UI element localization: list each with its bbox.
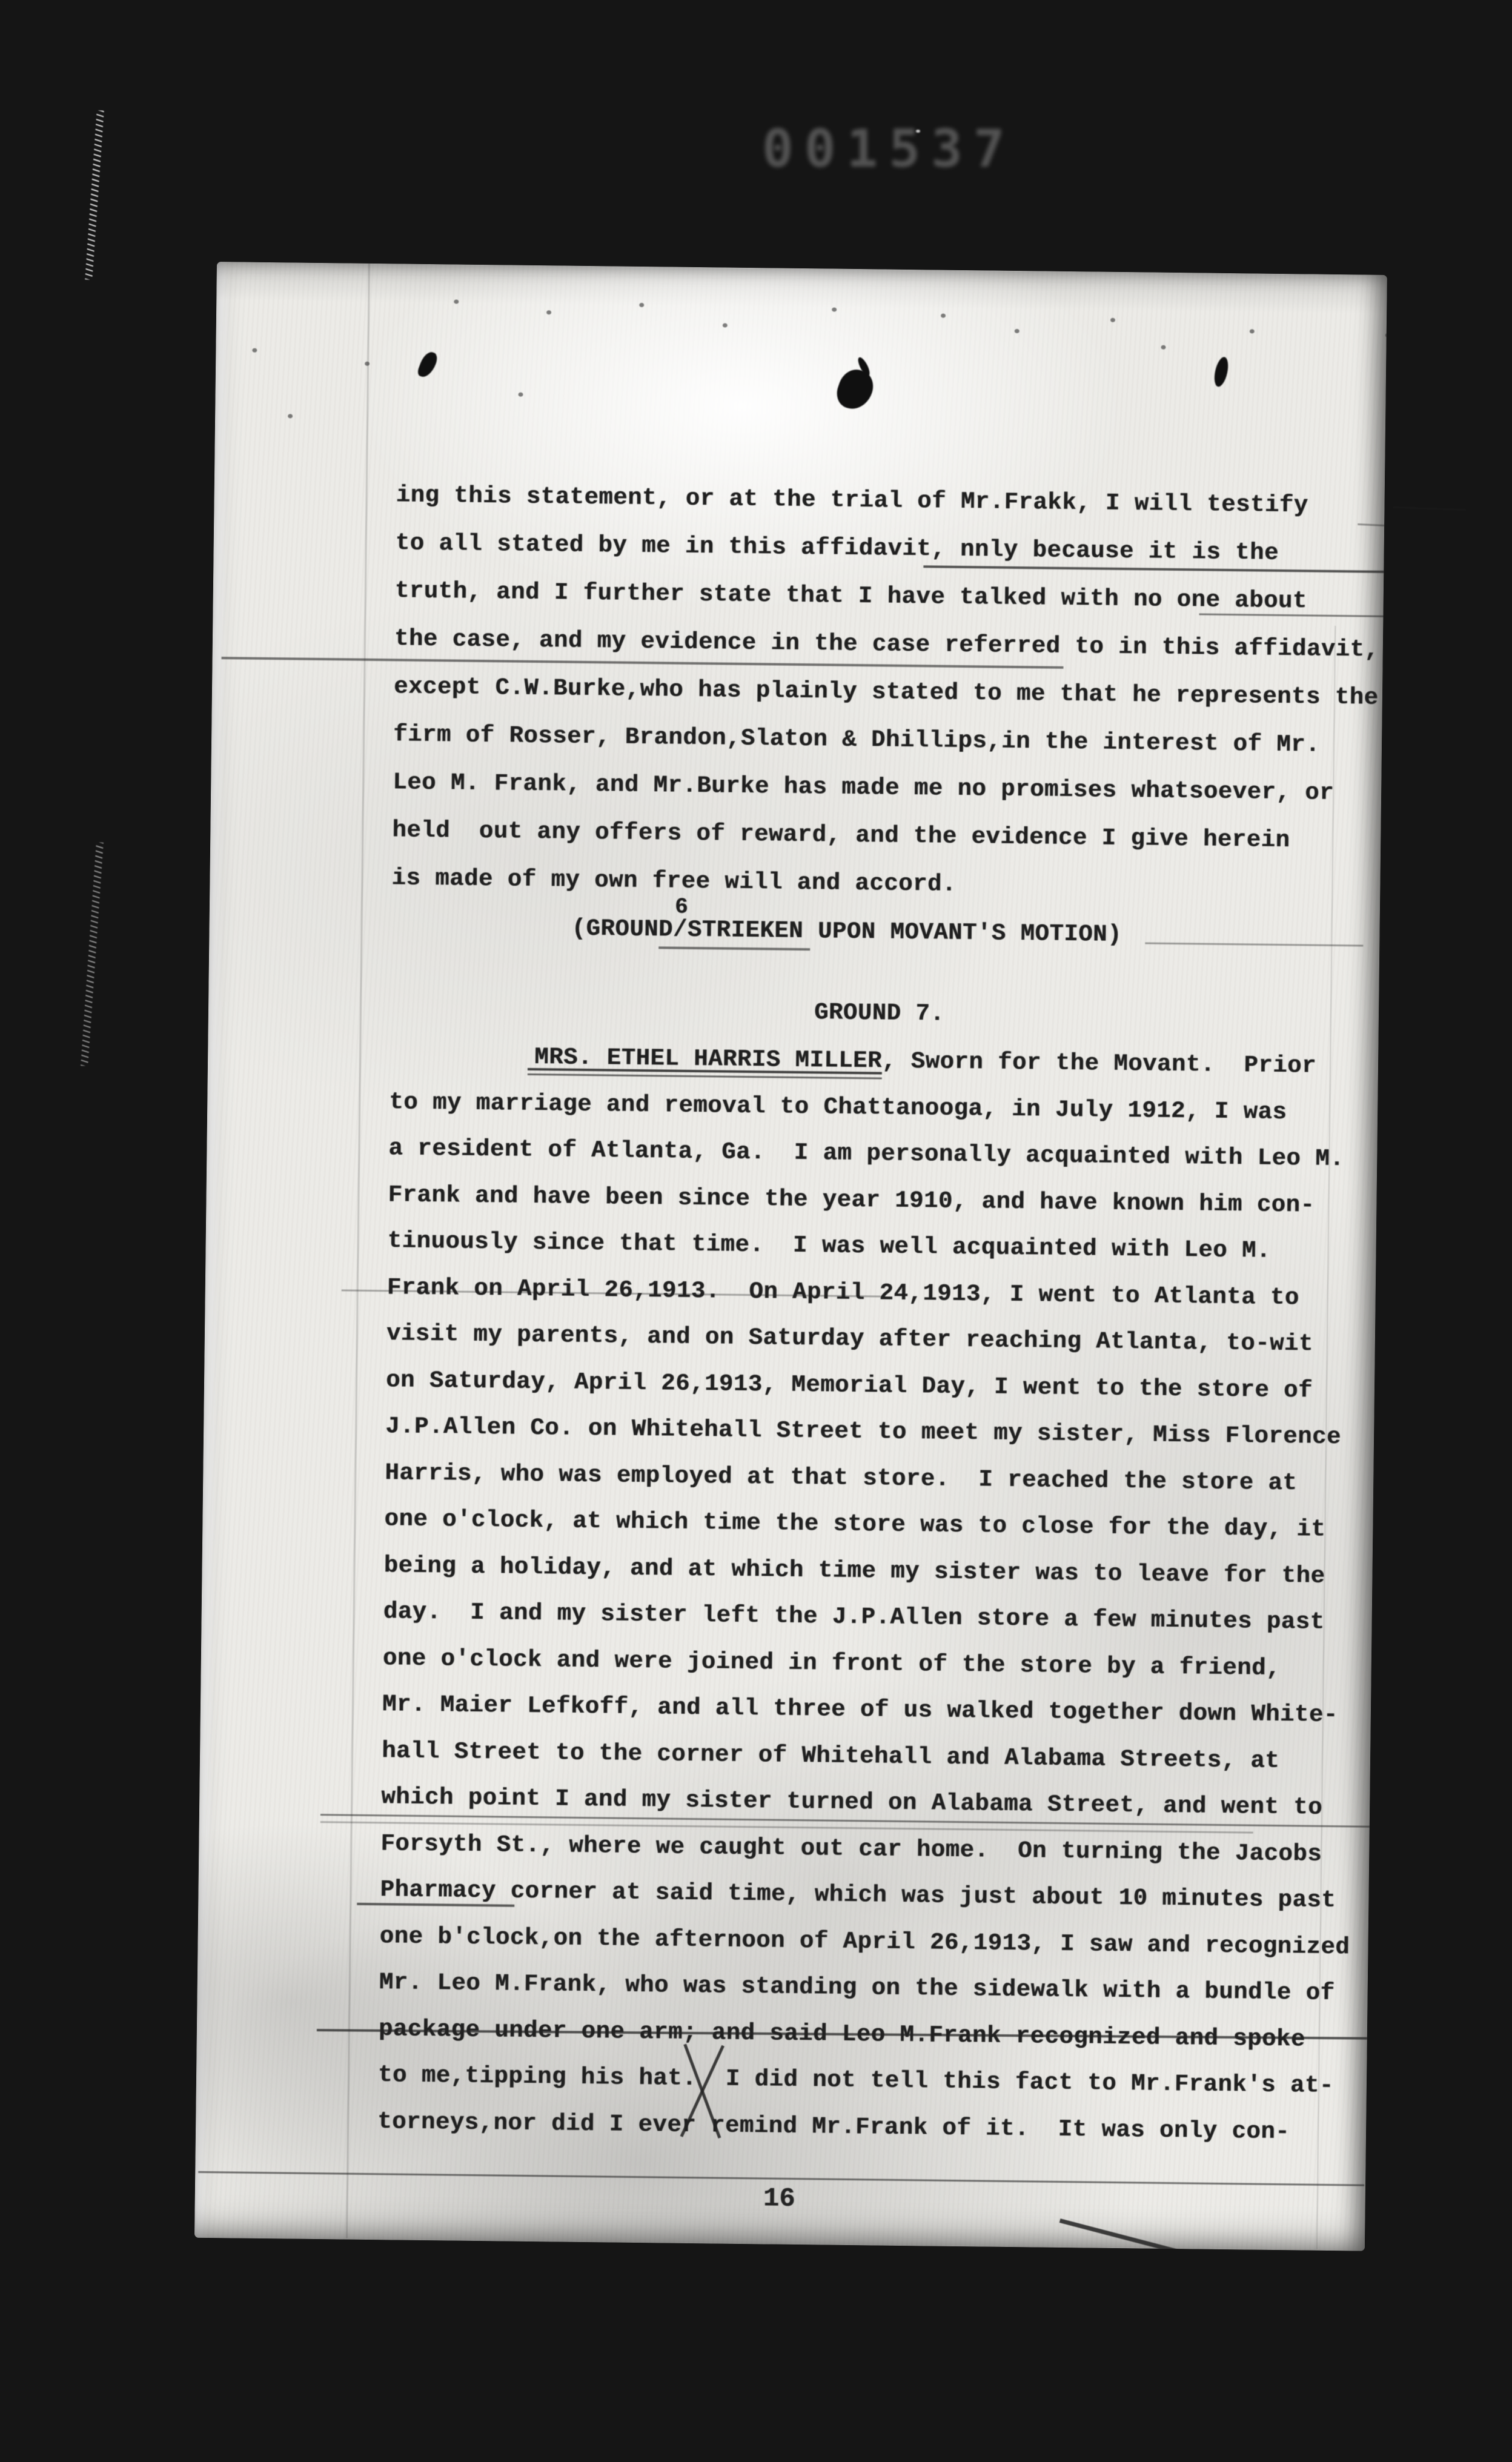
- dust-speck: [941, 314, 946, 318]
- ink-blot: [416, 350, 439, 380]
- scanned-document-photostat: { "stamp": { "text": "001537" }, "page":…: [0, 0, 1512, 2462]
- text-line: Mr. Leo M.Frank, who was standing on the…: [379, 1969, 1335, 2006]
- document-page: ing this statement, or at the trial of M…: [194, 262, 1387, 2251]
- text-line: truth, and I further state that I have t…: [395, 577, 1307, 614]
- dust-speck: [639, 303, 644, 307]
- pen-stroke: [1059, 2218, 1187, 2251]
- underline: [923, 565, 1387, 573]
- scratch-mark: [81, 842, 104, 1066]
- text-line: J.P.Allen Co. on Whitehall Street to mee…: [385, 1413, 1341, 1450]
- pen-stroke: [549, 2248, 1387, 2251]
- text-line: except C.W.Burke,who has plainly stated …: [394, 673, 1379, 711]
- dust-speck: [832, 308, 837, 312]
- dust-speck: [1250, 329, 1255, 333]
- text-line: firm of Rosser, Brandon,Slaton & Dhillip…: [393, 721, 1320, 758]
- text-line: Frank and have been since the year 1910,…: [388, 1181, 1315, 1218]
- underline: [528, 1073, 882, 1080]
- text-line: Harris, who was employed at that store. …: [385, 1459, 1297, 1496]
- ground7-paragraph: MRS. ETHEL HARRIS MILLER, Sworn for the …: [217, 262, 1387, 275]
- text-line: ing this statement, or at the trial of M…: [396, 482, 1308, 519]
- text-line: Leo M. Frank, and Mr.Burke has made me n…: [393, 769, 1334, 806]
- text-line: one o'clock, at which time the store was…: [384, 1505, 1325, 1543]
- dust-speck: [1385, 333, 1387, 337]
- dust-speck: [288, 414, 293, 418]
- text-line: being a holiday, and at which time my si…: [383, 1552, 1325, 1590]
- text-line: to me,tipping his hat. I did not tell th…: [378, 2062, 1334, 2099]
- stamp-number: 001537: [762, 119, 1016, 179]
- text-line: the case, and my evidence in the case re…: [394, 625, 1379, 663]
- dust-speck: [1015, 329, 1020, 333]
- pen-stroke: [222, 657, 1064, 669]
- ink-blot: [833, 365, 878, 414]
- text-line: which point I and my sister turned on Al…: [381, 1783, 1322, 1821]
- ground7-heading: GROUND 7.: [814, 999, 945, 1027]
- underline: [658, 946, 810, 951]
- dust-speck: [723, 323, 728, 327]
- underline: [1199, 613, 1387, 617]
- dust-speck: [519, 393, 523, 397]
- text-line: Pharmacy corner at said time, which was …: [380, 1876, 1336, 1914]
- text-line: one o'clock and were joined in front of …: [383, 1645, 1281, 1682]
- page-number: 16: [763, 2183, 795, 2214]
- dust-speck: [252, 348, 257, 353]
- dust-speck: [546, 310, 551, 314]
- text-line: held out any offers of reward, and the e…: [392, 817, 1290, 854]
- text-line: on Saturday, April 26,1913, Memorial Day…: [386, 1367, 1313, 1404]
- struck-ground-heading: (GROUND/STRIEKEN UPON MOVANT'S MOTION): [571, 915, 1122, 948]
- text-line: is made of my own free will and accord.: [391, 864, 957, 898]
- paragraph-continuation: ing this statement, or at the trial of M…: [217, 262, 1387, 275]
- scratch-mark: [85, 110, 104, 280]
- text-line: torneys,nor did I ever remind Mr.Frank o…: [377, 2108, 1290, 2145]
- dust-speck: [454, 299, 459, 304]
- pen-stroke: [1358, 523, 1387, 529]
- text-line: day. I and my sister left the J.P.Allen …: [383, 1598, 1324, 1636]
- text-line: a resident of Atlanta, Ga. I am personal…: [388, 1135, 1344, 1172]
- dust-speck: [1161, 345, 1165, 350]
- text-line: to my marriage and removal to Chattanoog…: [389, 1089, 1287, 1126]
- text-line: one b'clock,on the afternoon of April 26…: [379, 1923, 1350, 1960]
- dust-speck: [1110, 318, 1115, 322]
- text-line: Mr. Maier Lefkoff, and all three of us w…: [382, 1691, 1338, 1728]
- text-line: visit my parents, and on Saturday after …: [386, 1320, 1313, 1357]
- dust-speck-white: [916, 130, 920, 133]
- text-line: tinuously since that time. I was well ac…: [387, 1227, 1271, 1264]
- text-line: hall Street to the corner of Whitehall a…: [382, 1737, 1279, 1774]
- ink-blot: [1212, 356, 1230, 388]
- text-line: to all stated by me in this affidavit, n…: [396, 529, 1279, 566]
- pen-stroke: [1393, 506, 1466, 511]
- text-line: Forsyth St., where we caught out car hom…: [380, 1830, 1322, 1868]
- margin-rule: [346, 264, 370, 2238]
- dust-speck: [365, 362, 370, 366]
